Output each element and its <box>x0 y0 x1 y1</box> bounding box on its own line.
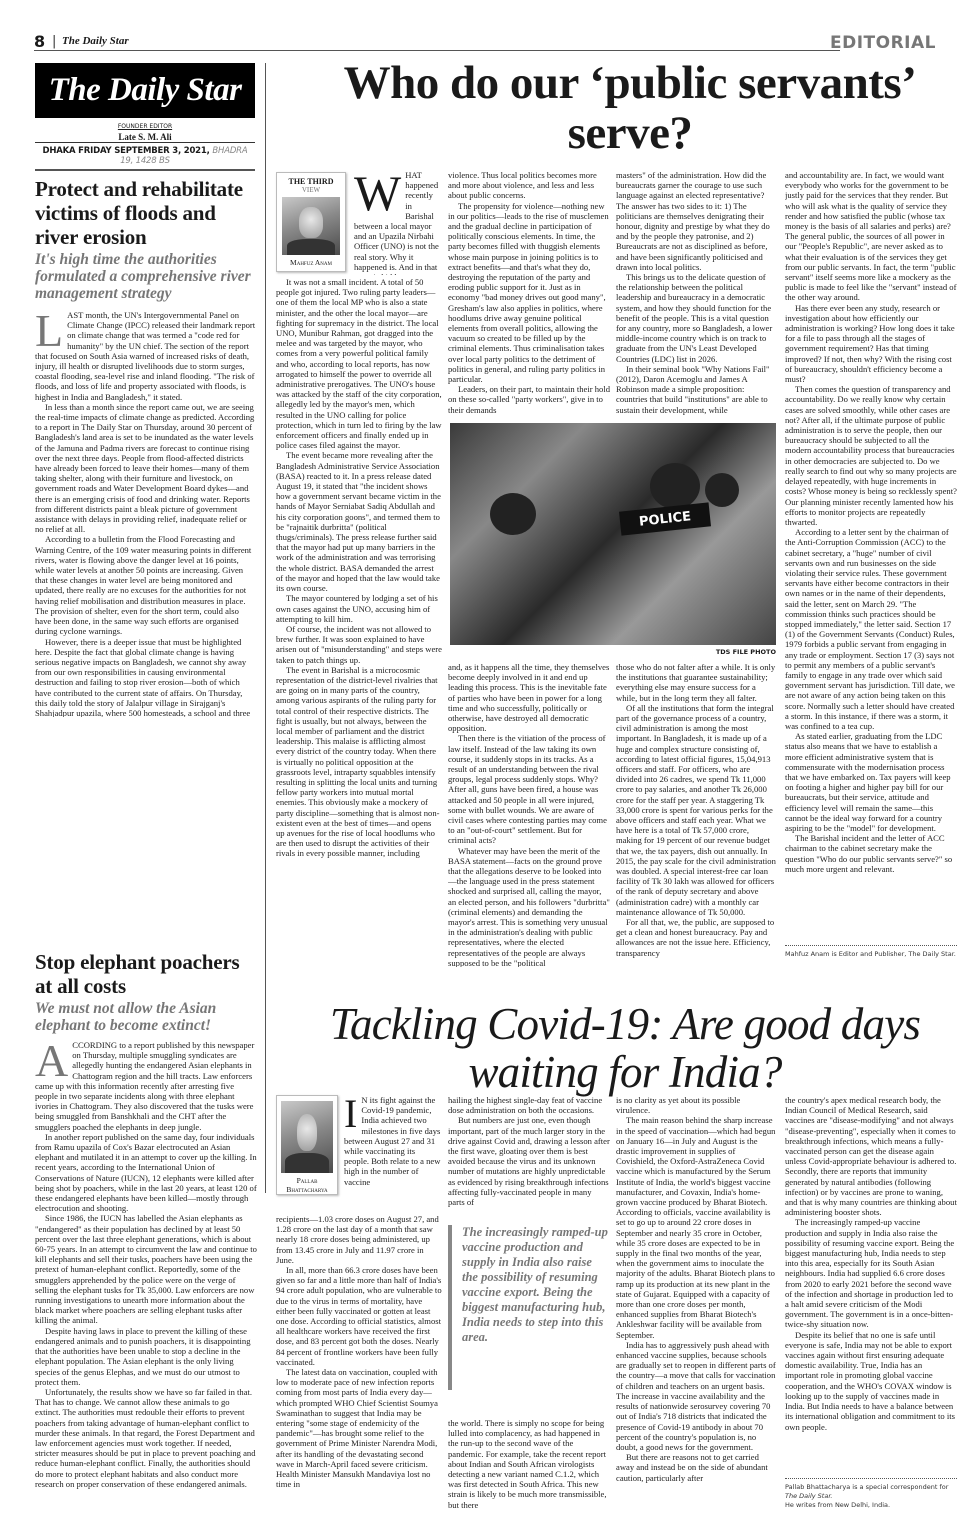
header-separator: | <box>52 34 56 49</box>
author-photo <box>282 197 340 255</box>
police-shield-text: POLICE <box>619 503 711 536</box>
dropcap: L <box>35 312 63 350</box>
column-label: THE THIRD <box>277 177 345 186</box>
article-column: the world. There is simply no scope for … <box>448 1418 610 1528</box>
paragraph: Since 1986, the IUCN has labelled the As… <box>35 1213 257 1325</box>
paragraph: Then there is the vitiation of the proce… <box>448 733 610 845</box>
paragraph: The main reason behind the sharp increas… <box>616 1115 776 1339</box>
founder-label: FOUNDER EDITOR <box>35 123 255 130</box>
editorial-floods: Protect and rehabilitate victims of floo… <box>35 177 257 717</box>
paragraph: In less than a month since the report ca… <box>35 402 257 535</box>
paragraph: This brings us to the delicate question … <box>616 272 776 364</box>
article-column: W HAT happened recently in Barishal betw… <box>354 170 440 275</box>
paragraph: hailing the highest single-day feat of v… <box>448 1095 610 1115</box>
paragraph: Has there ever been any study, research … <box>785 303 957 385</box>
paragraph: Of all the institutions that form the in… <box>616 703 776 917</box>
masthead-logo: The Daily Star <box>35 63 255 118</box>
founder-block: FOUNDER EDITOR Late S. M. Ali <box>35 123 255 142</box>
paragraph: N its fight against the Covid-19 pandemi… <box>344 1095 442 1187</box>
paragraph: The propensity for violence—nothing new … <box>448 201 610 385</box>
editorial-elephants: Stop elephant poachers at all costs We m… <box>35 950 257 1535</box>
dropcap: A <box>35 1042 68 1080</box>
dateline: DHAKA FRIDAY SEPTEMBER 3, 2021, BHADRA 1… <box>35 142 255 171</box>
paragraph: In another report published on the same … <box>35 1132 257 1214</box>
editorial-body: L AST month, the UN's Intergovernmental … <box>35 310 257 717</box>
column-label-sub: VIEW <box>277 186 345 194</box>
paragraph: The event became more revealing after th… <box>276 450 442 593</box>
divider <box>785 945 957 946</box>
author-note: Pallab Bhattacharya is a special corresp… <box>785 1483 957 1510</box>
editorial-subtitle: We must not allow the Asian elephant to … <box>35 1000 257 1034</box>
page-header-bar: 8 | The Daily Star EDITORIAL <box>26 30 956 54</box>
paragraph: Despite having laws in place to prevent … <box>35 1326 257 1387</box>
dateline-date: DHAKA FRIDAY SEPTEMBER 3, 2021, <box>43 146 210 156</box>
paragraph: As stated earlier, graduating from the L… <box>785 731 957 833</box>
paragraph: violence. Thus local politics becomes mo… <box>448 170 610 201</box>
paragraph: and accountability are. In fact, we woul… <box>785 170 957 303</box>
main-headline: Who do our ‘public servants’ serve? <box>300 58 960 158</box>
paragraph: Despite its belief that no one is safe u… <box>785 1330 957 1432</box>
author-name: Pallab Bhattacharya <box>277 1176 337 1194</box>
paragraph: Unfortunately, the results show we have … <box>35 1387 257 1489</box>
editorial-title: Stop elephant poachers at all costs <box>35 950 257 998</box>
article-column: and accountability are. In fact, we woul… <box>785 170 957 942</box>
paragraph: the world. There is simply no scope for … <box>448 1418 610 1510</box>
paragraph: masters" of the administration. How did … <box>616 170 776 272</box>
paragraph: The latest data on vaccination, coupled … <box>276 1367 442 1489</box>
paragraph: According to a bulletin from the Flood F… <box>35 534 257 636</box>
author-name: Mahfuz Anam <box>277 258 345 267</box>
dropcap: W <box>354 172 401 214</box>
article-column: hailing the highest single-day feat of v… <box>448 1095 610 1210</box>
author-photo <box>281 1101 333 1173</box>
paragraph: It was not a small incident. A total of … <box>276 277 442 450</box>
paragraph: India has to aggressively push ahead wit… <box>616 1340 776 1452</box>
paragraph: the country's apex medical research body… <box>785 1095 957 1217</box>
founder-name: Late S. M. Ali <box>35 132 255 142</box>
article-column: the country's apex medical research body… <box>785 1095 957 1475</box>
paragraph: According to a letter sent by the chairm… <box>785 527 957 731</box>
news-photo: POLICE <box>450 423 776 645</box>
paragraph: is no clarity as yet about its possible … <box>616 1095 776 1115</box>
article-column: recipients—1.03 crore doses on August 27… <box>276 1214 442 1524</box>
paragraph: But numbers are just one, even though im… <box>448 1115 610 1207</box>
author-box: THE THIRD VIEW Mahfuz Anam <box>276 172 346 272</box>
paragraph: The increasingly ramped-up vaccine produ… <box>785 1217 957 1329</box>
paragraph: The mayor countered by lodging a set of … <box>276 593 442 624</box>
article-column: those who do not falter after a while. I… <box>616 662 776 967</box>
article-column: is no clarity as yet about its possible … <box>616 1095 776 1528</box>
article-column: It was not a small incident. A total of … <box>276 277 442 967</box>
article-column: and, as it happens all the time, they th… <box>448 662 610 967</box>
column-divider <box>265 63 266 1193</box>
author-box: Pallab Bhattacharya <box>276 1095 338 1195</box>
covid-headline: Tackling Covid-19: Are good days waiting… <box>290 1000 960 1096</box>
paragraph: Of course, the incident was not allowed … <box>276 624 442 665</box>
paragraph: CCORDING to a report published by this n… <box>35 1040 257 1132</box>
editorial-body: A CCORDING to a report published by this… <box>35 1040 257 1489</box>
paragraph: and, as it happens all the time, they th… <box>448 662 610 733</box>
paragraph: AST month, the UN's Intergovernmental Pa… <box>35 310 257 402</box>
paragraph: Leaders, on their part, to maintain thei… <box>448 384 610 415</box>
dropcap: I <box>344 1097 357 1131</box>
paragraph: The event in Barishal is a microcosmic r… <box>276 665 442 859</box>
paragraph: The Barishal incident and the letter of … <box>785 833 957 874</box>
article-column: violence. Thus local politics becomes mo… <box>448 170 610 415</box>
header-rule <box>34 50 840 51</box>
paragraph: But there are reasons not to get carried… <box>616 1452 776 1483</box>
article-column: I N its fight against the Covid-19 pande… <box>344 1095 442 1213</box>
editorial-title: Protect and rehabilitate victims of floo… <box>35 177 257 249</box>
mini-logo: The Daily Star <box>62 35 129 47</box>
editorial-subtitle: It's high time the authorities formulate… <box>35 251 257 302</box>
pull-quote: The increasingly ramped-up vaccine produ… <box>448 1225 610 1390</box>
paragraph: In their seminal book "Why Nations Fail"… <box>616 364 776 415</box>
article-column: masters" of the administration. How did … <box>616 170 776 415</box>
paragraph: Then comes the question of transparency … <box>785 384 957 527</box>
paragraph: For all that, we, the public, are suppos… <box>616 917 776 958</box>
photo-credit: TDS FILE PHOTO <box>450 648 776 656</box>
divider <box>785 1478 957 1479</box>
paragraph: those who do not falter after a while. I… <box>616 662 776 703</box>
paragraph: In all, more than 66.3 crore doses have … <box>276 1265 442 1367</box>
author-note: Mahfuz Anam is Editor and Publisher, The… <box>785 950 957 959</box>
section-label: EDITORIAL <box>830 33 936 53</box>
page-number: 8 <box>34 32 45 51</box>
paragraph: recipients—1.03 crore doses on August 27… <box>276 1214 442 1265</box>
paragraph: Whatever may have been the merit of the … <box>448 846 610 967</box>
paragraph: However, there is a deeper issue that mu… <box>35 637 257 718</box>
